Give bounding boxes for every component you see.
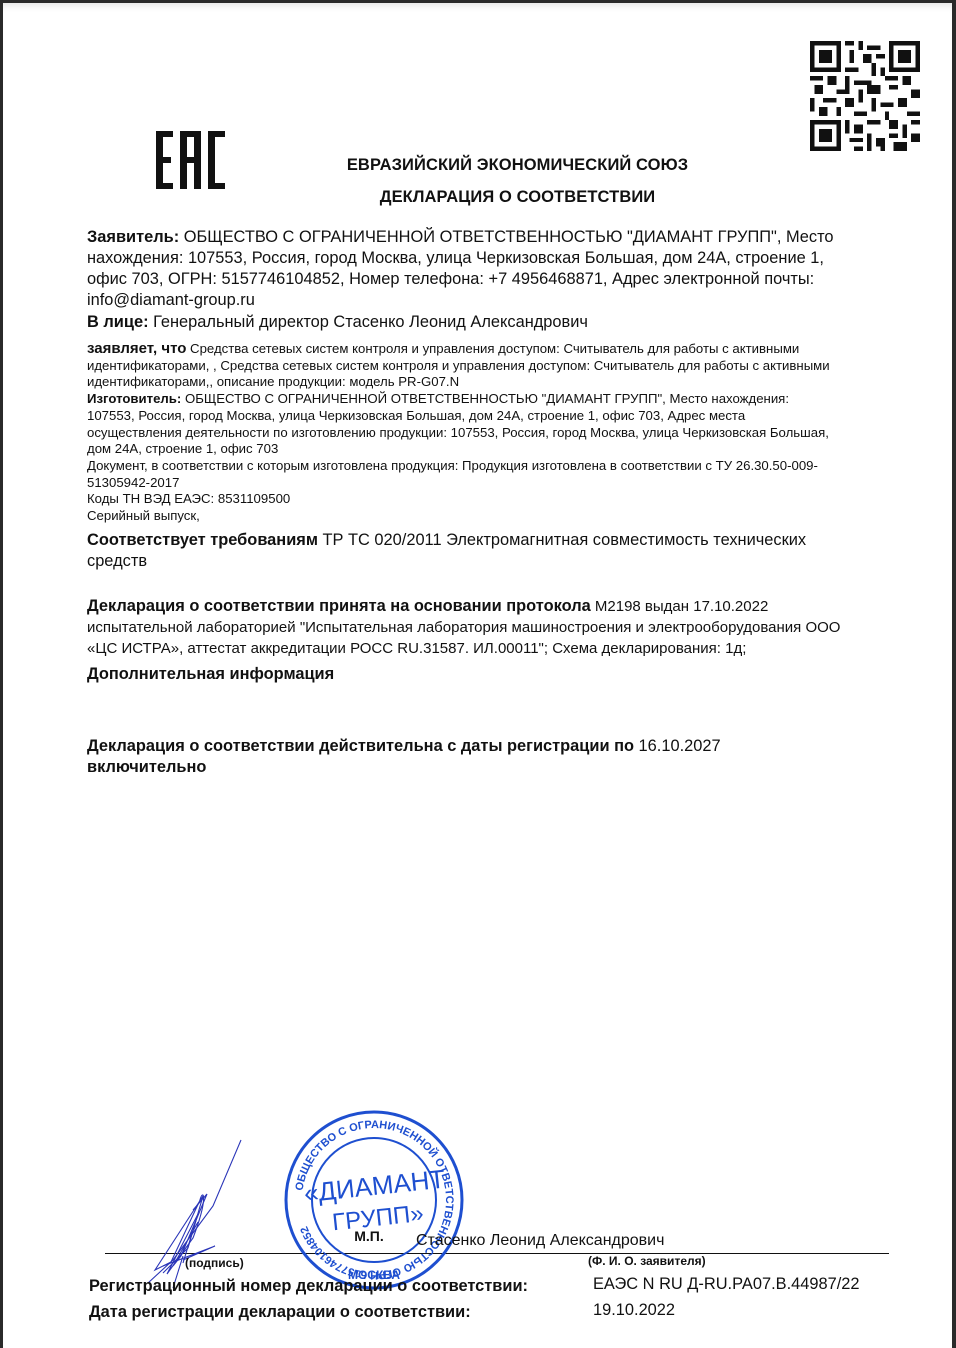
- registration-date-value: 19.10.2022: [593, 1301, 675, 1320]
- registration-date-label: Дата регистрации декларации о соответств…: [89, 1303, 471, 1322]
- qr-code-icon: [810, 41, 920, 151]
- manufacturer-label: Изготовитель:: [87, 391, 181, 406]
- declares-line: Средства сетевых систем контроля и управ…: [186, 341, 799, 356]
- additional-info-label: Дополнительная информация: [87, 664, 907, 685]
- protocol-label: Декларация о соответствии принята на осн…: [87, 597, 591, 615]
- protocol-number: М2198 выдан 17.10.2022: [591, 598, 769, 615]
- person-label: В лице:: [87, 313, 149, 331]
- requirements-label: Соответствует требованиям: [87, 531, 318, 549]
- applicant-email: info@diamant-group.ru: [87, 290, 907, 311]
- document-page: ЕВРАЗИЙСКИЙ ЭКОНОМИЧЕСКИЙ СОЮЗ ДЕКЛАРАЦИ…: [3, 3, 952, 1348]
- signature-caption: (подпись): [185, 1256, 244, 1270]
- union-title: ЕВРАЗИЙСКИЙ ЭКОНОМИЧЕСКИЙ СОЮЗ: [43, 156, 956, 175]
- stamp-mark: М.П.: [354, 1228, 384, 1244]
- requirements-value: ТР ТС 020/2011 Электромагнитная совмести…: [318, 531, 806, 549]
- registration-number-value: ЕАЭС N RU Д-RU.РА07.В.44987/22: [593, 1275, 859, 1294]
- person-value: Генеральный директор Стасенко Леонид Але…: [149, 313, 588, 331]
- protocol-line: испытательной лабораторией "Испытательна…: [87, 617, 907, 638]
- serial-release: Серийный выпуск,: [87, 508, 907, 525]
- declares-line: идентификаторами, , Средства сетевых сис…: [87, 358, 907, 375]
- validity-label: Декларация о соответствии действительна …: [87, 737, 634, 755]
- manufacturer-line: осуществления деятельности по изготовлен…: [87, 425, 907, 442]
- applicant-section: Заявитель: ОБЩЕСТВО С ОГРАНИЧЕННОЙ ОТВЕТ…: [87, 227, 907, 333]
- registration-number-label: Регистрационный номер декларации о соотв…: [89, 1277, 528, 1296]
- manufacturer-line: 107553, Россия, город Москва, улица Черк…: [87, 408, 907, 425]
- validity-section: Декларация о соответствии действительна …: [87, 736, 907, 778]
- declares-line: идентификаторами,, описание продукции: м…: [87, 374, 907, 391]
- hs-codes: Коды ТН ВЭД ЕАЭС: 8531109500: [87, 491, 907, 508]
- applicant-line: ОБЩЕСТВО С ОГРАНИЧЕННОЙ ОТВЕТСТВЕННОСТЬЮ…: [179, 228, 833, 246]
- declaration-body: заявляет, что Средства сетевых систем ко…: [87, 341, 907, 525]
- stamp-name-1: «ДИАМАНТ: [302, 1164, 446, 1209]
- declares-label: заявляет, что: [87, 340, 186, 357]
- manufacturer-line: ОБЩЕСТВО С ОГРАНИЧЕННОЙ ОТВЕТСТВЕННОСТЬЮ…: [181, 391, 789, 406]
- requirements-section: Соответствует требованиям ТР ТС 020/2011…: [87, 530, 907, 572]
- validity-date: 16.10.2027: [634, 737, 721, 755]
- validity-inclusive: включительно: [87, 757, 907, 778]
- applicant-label: Заявитель:: [87, 228, 179, 246]
- protocol-section: Декларация о соответствии принята на осн…: [87, 596, 907, 659]
- signer-name: Стасенко Леонид Александрович: [416, 1232, 664, 1250]
- document-basis-line: 51305942-2017: [87, 475, 907, 492]
- protocol-line: «ЦС ИСТРА», аттестат аккредитации РОСС R…: [87, 638, 907, 659]
- name-caption: (Ф. И. О. заявителя): [588, 1254, 706, 1268]
- requirements-value-cont: средств: [87, 551, 907, 572]
- company-stamp-icon: ОБЩЕСТВО С ОГРАНИЧЕННОЙ ОТВЕТСТВЕННОСТЬЮ…: [283, 1109, 465, 1291]
- document-title: ДЕКЛАРАЦИЯ О СООТВЕТСТВИИ: [43, 188, 956, 207]
- manufacturer-line: дом 24А, строение 1, офис 703: [87, 441, 907, 458]
- applicant-line: нахождения: 107553, Россия, город Москва…: [87, 248, 907, 269]
- applicant-line: офис 703, ОГРН: 5157746104852, Номер тел…: [87, 269, 907, 290]
- document-basis-line: Документ, в соответствии с которым изгот…: [87, 458, 907, 475]
